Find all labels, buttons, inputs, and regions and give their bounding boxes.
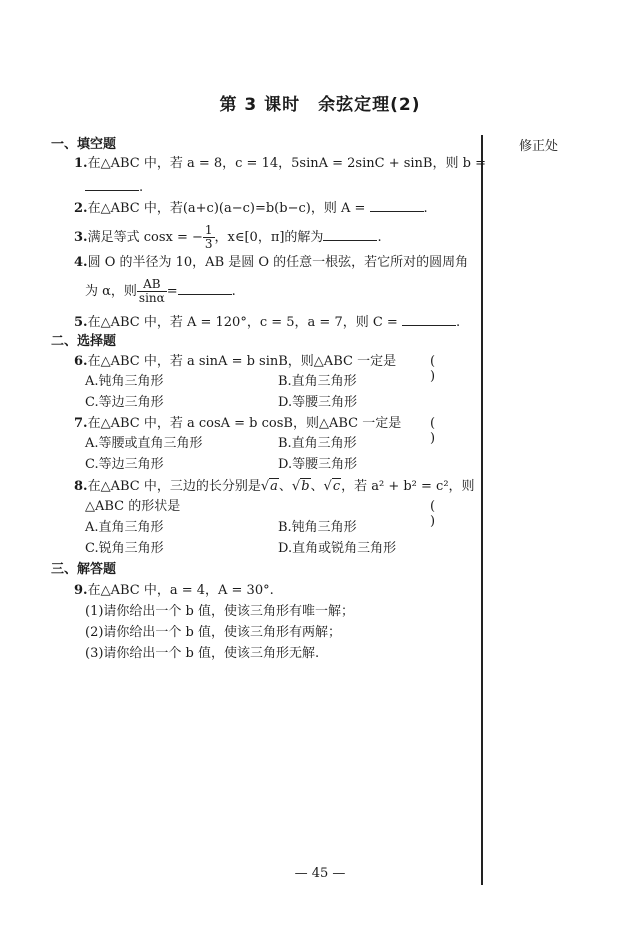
question-7: 7.在△ABC 中，若 a cosA = b cosB，则△ABC 一定是: [74, 416, 401, 432]
question-6: 6.在△ABC 中，若 a sinA = b sinB，则△ABC 一定是: [74, 354, 396, 370]
question-number: 1.: [74, 156, 88, 171]
question-number: 6.: [74, 354, 88, 369]
question-4: 4.圆 O 的半径为 10，AB 是圆 O 的任意一根弦，若它所对的圆周角: [74, 255, 468, 271]
section-choice-heading: 二、选择题: [51, 334, 116, 350]
section-answer-heading: 三、解答题: [51, 562, 116, 578]
lesson-number: 第 3 课时: [219, 95, 300, 115]
question-9: 9.在△ABC 中，a = 4，A = 30°.: [74, 583, 274, 599]
option-b[interactable]: B.钝角三角形: [278, 520, 357, 536]
correction-margin-label: 修正处: [519, 135, 558, 154]
question-number: 5.: [74, 315, 88, 330]
answer-blank[interactable]: [323, 228, 377, 241]
page-title: 第 3 课时余弦定理(2): [0, 90, 640, 115]
answer-bracket[interactable]: ( ): [430, 354, 435, 384]
question-number: 4.: [74, 255, 88, 270]
answer-blank[interactable]: [402, 313, 456, 326]
question-8-cont: △ABC 的形状是: [85, 499, 180, 515]
option-a[interactable]: A.钝角三角形: [85, 374, 164, 390]
option-c[interactable]: C.锐角三角形: [85, 541, 164, 557]
answer-blank[interactable]: [85, 178, 139, 191]
lesson-topic: 余弦定理(2): [318, 95, 420, 115]
question-text: 在△ABC 中，a = 4，A = 30°.: [88, 583, 274, 598]
section-fill-in-heading: 一、填空题: [51, 137, 116, 153]
question-number: 7.: [74, 416, 88, 431]
option-b[interactable]: B.直角三角形: [278, 374, 357, 390]
question-number: 8.: [74, 479, 88, 494]
option-d[interactable]: D.等腰三角形: [278, 457, 357, 473]
question-text: 在△ABC 中，若 a sinA = b sinB，则△ABC 一定是: [88, 354, 397, 369]
question-text: 圆 O 的半径为 10，AB 是圆 O 的任意一根弦，若它所对的圆周角: [88, 255, 469, 270]
option-d[interactable]: D.等腰三角形: [278, 395, 357, 411]
page-number: — 45 —: [0, 866, 640, 881]
question-9-part-3: (3)请你给出一个 b 值，使该三角形无解.: [85, 646, 319, 662]
fraction: 13: [203, 224, 215, 251]
answer-bracket[interactable]: ( ): [430, 499, 435, 529]
question-number: 3.: [74, 230, 88, 245]
answer-bracket[interactable]: ( ): [430, 416, 435, 446]
question-3: 3.满足等式 cosx = −13，x∈[0，π]的解为.: [74, 224, 382, 251]
question-text: 在△ABC 中，若 a cosA = b cosB，则△ABC 一定是: [88, 416, 402, 431]
answer-blank[interactable]: [178, 282, 232, 295]
option-d[interactable]: D.直角或锐角三角形: [278, 541, 396, 557]
option-a[interactable]: A.直角三角形: [85, 520, 164, 536]
option-a[interactable]: A.等腰或直角三角形: [85, 436, 203, 452]
option-b[interactable]: B.直角三角形: [278, 436, 357, 452]
margin-divider: [481, 135, 483, 885]
option-c[interactable]: C.等边三角形: [85, 457, 164, 473]
question-text: 在△ABC 中，若(a+c)(a−c)=b(b−c)，则 A =: [88, 201, 366, 216]
question-9-part-1: (1)请你给出一个 b 值，使该三角形有唯一解；: [85, 604, 354, 620]
question-number: 2.: [74, 201, 88, 216]
option-c[interactable]: C.等边三角形: [85, 395, 164, 411]
answer-blank[interactable]: [370, 199, 424, 212]
question-text: 在△ABC 中，若 a = 8，c = 14，5sinA = 2sinC + s…: [88, 156, 486, 171]
question-text: 在△ABC 中，若 A = 120°，c = 5，a = 7，则 C =: [88, 315, 398, 330]
fraction: ABsinα: [137, 278, 167, 305]
question-4-cont: 为 α，则ABsinα=.: [85, 278, 236, 305]
question-9-part-2: (2)请你给出一个 b 值，使该三角形有两解；: [85, 625, 341, 641]
question-1: 1.在△ABC 中，若 a = 8，c = 14，5sinA = 2sinC +…: [74, 156, 486, 172]
question-2: 2.在△ABC 中，若(a+c)(a−c)=b(b−c)，则 A = .: [74, 199, 428, 217]
question-8: 8.在△ABC 中，三边的长分别是√a、√b、√c，若 a² + b² = c²…: [74, 479, 475, 495]
question-1-answer-line: .: [85, 178, 143, 196]
question-5: 5.在△ABC 中，若 A = 120°，c = 5，a = 7，则 C = .: [74, 313, 460, 331]
question-number: 9.: [74, 583, 88, 598]
